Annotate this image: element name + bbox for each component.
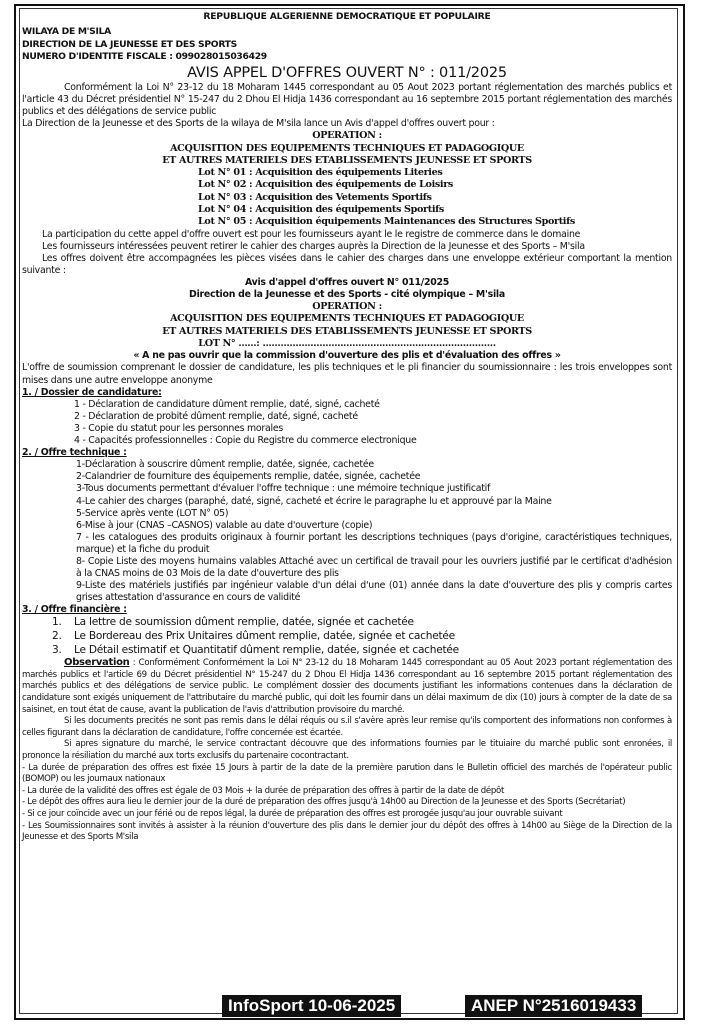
- list-item: 2-Calandrier de fourniture des équipemen…: [76, 471, 672, 483]
- participation-text: La participation du cette appel d'offre …: [22, 229, 672, 241]
- anep-badge: ANEP N°2516019433: [465, 995, 642, 1017]
- delay-item: - Le dépôt des offres aura lieu le derni…: [22, 797, 672, 809]
- list-item: 1.La lettre de soumission dûment remplie…: [52, 616, 672, 630]
- nif-line: NUMERO D'IDENTITE FISCALE : 099028015036…: [22, 51, 672, 64]
- observation-label: Observation: [64, 657, 130, 668]
- list-item: 4 - Capacités professionnelles : Copie d…: [74, 435, 672, 447]
- delay-item: - Si ce jour coïncide avec un jour férié…: [22, 809, 672, 821]
- envelope-warning: « A ne pas ouvrir que la commission d'ou…: [22, 350, 672, 362]
- envelope-address: Direction de la Jeunesse et des Sports -…: [22, 289, 672, 301]
- lot-item: Lot N° 05 : Acquisition équipements Main…: [198, 216, 672, 228]
- offres-text: Les offres doivent être accompagnées les…: [22, 253, 672, 277]
- offre-financiere-list: 1.La lettre de soumission dûment remplie…: [22, 616, 672, 657]
- footer: InfoSport 10-06-2025 ANEP N°2516019433: [0, 995, 705, 1019]
- notice-content: REPUBLIQUE ALGERIENNE DEMOCRATIQUE ET PO…: [22, 9, 672, 844]
- lot-item: Lot N° 04 : Acquisition des équipements …: [198, 204, 672, 216]
- publication-badge: InfoSport 10-06-2025: [222, 995, 401, 1017]
- delays-list: - La durée de préparation des offres est…: [22, 763, 672, 844]
- envelope-lot-line: LOT N° ......: .........................…: [22, 338, 672, 350]
- offre-financiere-title: 3. / Offre financière :: [22, 604, 672, 616]
- list-item: 1 - Déclaration de candidature dûment re…: [74, 399, 672, 411]
- launch-statement: La Direction de la Jeunesse et des Sport…: [22, 118, 672, 130]
- list-item: 1-Déclaration à souscrire dûment remplie…: [76, 459, 672, 471]
- legal-intro: Conformément la Loi N° 23-12 du 18 Mohar…: [22, 82, 672, 118]
- lot-item: Lot N° 03 : Acquisition des Vetements Sp…: [198, 192, 672, 204]
- delay-item: - La durée de la validité des offres est…: [22, 786, 672, 798]
- list-item: 4-Le cahier des charges (paraphé, daté, …: [76, 496, 672, 508]
- dossier-candidature-title: 1. / Dossier de candidature:: [22, 387, 672, 399]
- list-item: 3 - Copie du statut pour les personnes m…: [74, 423, 672, 435]
- operation-line-2: ET AUTRES MATERIELS DES ETABLISSEMENTS J…: [22, 155, 672, 167]
- dossier-candidature-list: 1 - Déclaration de candidature dûment re…: [22, 399, 672, 447]
- envelope-operation-label: OPERATION :: [22, 301, 672, 313]
- republic-header: REPUBLIQUE ALGERIENNE DEMOCRATIQUE ET PO…: [22, 11, 672, 23]
- notice-title: AVIS APPEL D'OFFRES OUVERT N° : 011/2025: [22, 65, 672, 82]
- delay-item: - Les Soumissionnaires sont invités à as…: [22, 821, 672, 844]
- direction-line: DIRECTION DE LA JEUNESSE ET DES SPORTS: [22, 39, 672, 52]
- envelope-avis: Avis d'appel d'offres ouvert N° 011/2025: [22, 277, 672, 289]
- envelope-operation-line-2: ET AUTRES MATERIELS DES ETABLISSEMENTS J…: [22, 326, 672, 338]
- delay-item: - La durée de préparation des offres est…: [22, 763, 672, 786]
- list-item: 3.Le Détail estimatif et Quantitatif dûm…: [52, 644, 672, 658]
- observation-p2: Si les documents precités ne sont pas re…: [22, 716, 672, 739]
- lot-item: Lot N° 02 : Acquisition des équipements …: [198, 179, 672, 191]
- lots-list: Lot N° 01 : Acquisition des équipements …: [22, 167, 672, 228]
- list-item: 2 - Déclaration de probité dûment rempli…: [74, 411, 672, 423]
- list-item: 9-Liste des matériels justifiés par ingé…: [76, 580, 672, 604]
- observation-p3: Si apres signature du marché, le service…: [22, 739, 672, 762]
- operation-line-1: ACQUISITION DES EQUIPEMENTS TECHNIQUES E…: [22, 143, 672, 155]
- list-item: 8- Copie Liste des moyens humains valabl…: [76, 556, 672, 580]
- list-item: 5-Service après vente (LOT N° 05): [76, 508, 672, 520]
- list-item: 6-Mise à jour (CNAS –CASNOS) valable au …: [76, 520, 672, 532]
- wilaya-line: WILAYA DE M'SILA: [22, 26, 672, 39]
- envelope-operation-line-1: ACQUISITION DES EQUIPEMENTS TECHNIQUES E…: [22, 313, 672, 325]
- list-item: 7 - les catalogues des produits originau…: [76, 532, 672, 556]
- retrait-text: Les fournisseurs intéressées peuvent ret…: [22, 241, 672, 253]
- issuer-block: WILAYA DE M'SILA DIRECTION DE LA JEUNESS…: [22, 26, 672, 64]
- offre-technique-list: 1-Déclaration à souscrire dûment remplie…: [22, 459, 672, 604]
- operation-label: OPERATION :: [22, 130, 672, 142]
- list-item: 2.Le Bordereau des Prix Unitaires dûment…: [52, 630, 672, 644]
- offre-technique-title: 2. / Offre technique :: [22, 447, 672, 459]
- list-item: 3-Tous documents permettant d'évaluer l'…: [76, 483, 672, 495]
- lot-item: Lot N° 01 : Acquisition des équipements …: [198, 167, 672, 179]
- submission-text: L'offre de soumission comprenant le doss…: [22, 362, 672, 386]
- observation-text: Observation : Conformément Conformément …: [22, 657, 672, 716]
